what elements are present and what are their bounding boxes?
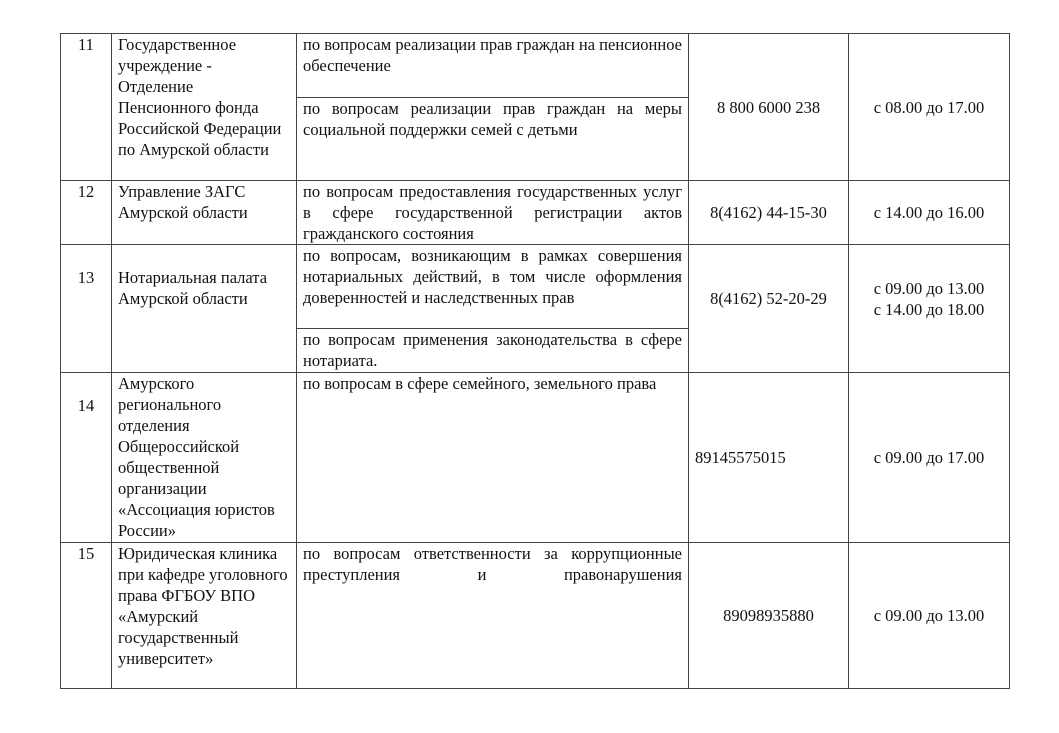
working-hours: с 08.00 до 17.00 [849,34,1010,181]
topic-cell: по вопросам реализации прав граждан на м… [297,98,689,181]
working-hours: с 09.00 до 13.00 с 14.00 до 18.00 [849,245,1010,373]
organization-text: Государственное учреждение - Отделение П… [118,35,281,159]
phone-number: 89145575015 [689,373,849,543]
row-number: 11 [61,34,112,181]
organization-name: Государственное учреждение - Отделение П… [112,34,297,181]
row-number: 14 [61,373,112,543]
hours-line: с 09.00 до 13.00 [855,605,1003,626]
organization-name: Управление ЗАГС Амурской области [112,181,297,245]
topic-text: по вопросам ответственности за коррупцио… [303,544,682,584]
working-hours: с 14.00 до 16.00 [849,181,1010,245]
organization-name: Амурского регионального отделения Общеро… [112,373,297,543]
table-row: 13 Нотариальная палата Амурской области … [61,245,1010,329]
topic-cell: по вопросам применения законодательства … [297,329,689,373]
topic-cell: по вопросам предоставления государственн… [297,181,689,245]
topic-cell: по вопросам в сфере семейного, земельног… [297,373,689,543]
working-hours: с 09.00 до 17.00 [849,373,1010,543]
topic-cell: по вопросам, возникающим в рамках соверш… [297,245,689,329]
working-hours: с 09.00 до 13.00 [849,543,1010,689]
phone-number: 8(4162) 52-20-29 [689,245,849,373]
table-row: 14 Амурского регионального отделения Общ… [61,373,1010,543]
hours-line: с 14.00 до 18.00 [855,299,1003,320]
table-row: 15 Юридическая клиника при кафедре уголо… [61,543,1010,689]
hours-line: с 08.00 до 17.00 [855,97,1003,118]
hours-line: с 14.00 до 16.00 [855,202,1003,223]
topic-cell: по вопросам ответственности за коррупцио… [297,543,689,689]
hours-line: с 09.00 до 13.00 [855,278,1003,299]
phone-number: 89098935880 [689,543,849,689]
hours-line: с 09.00 до 17.00 [855,447,1003,468]
organization-name: Нотариальная палата Амурской области [112,245,297,373]
topic-cell: по вопросам реализации прав граждан на п… [297,34,689,98]
table-row: 11 Государственное учреждение - Отделени… [61,34,1010,98]
contacts-table: 11 Государственное учреждение - Отделени… [60,33,1010,689]
row-number: 13 [61,245,112,373]
phone-number: 8 800 6000 238 [689,34,849,181]
organization-name: Юридическая клиника при кафедре уголовно… [112,543,297,689]
row-number: 12 [61,181,112,245]
phone-number: 8(4162) 44-15-30 [689,181,849,245]
row-number: 15 [61,543,112,689]
table-row: 12 Управление ЗАГС Амурской области по в… [61,181,1010,245]
